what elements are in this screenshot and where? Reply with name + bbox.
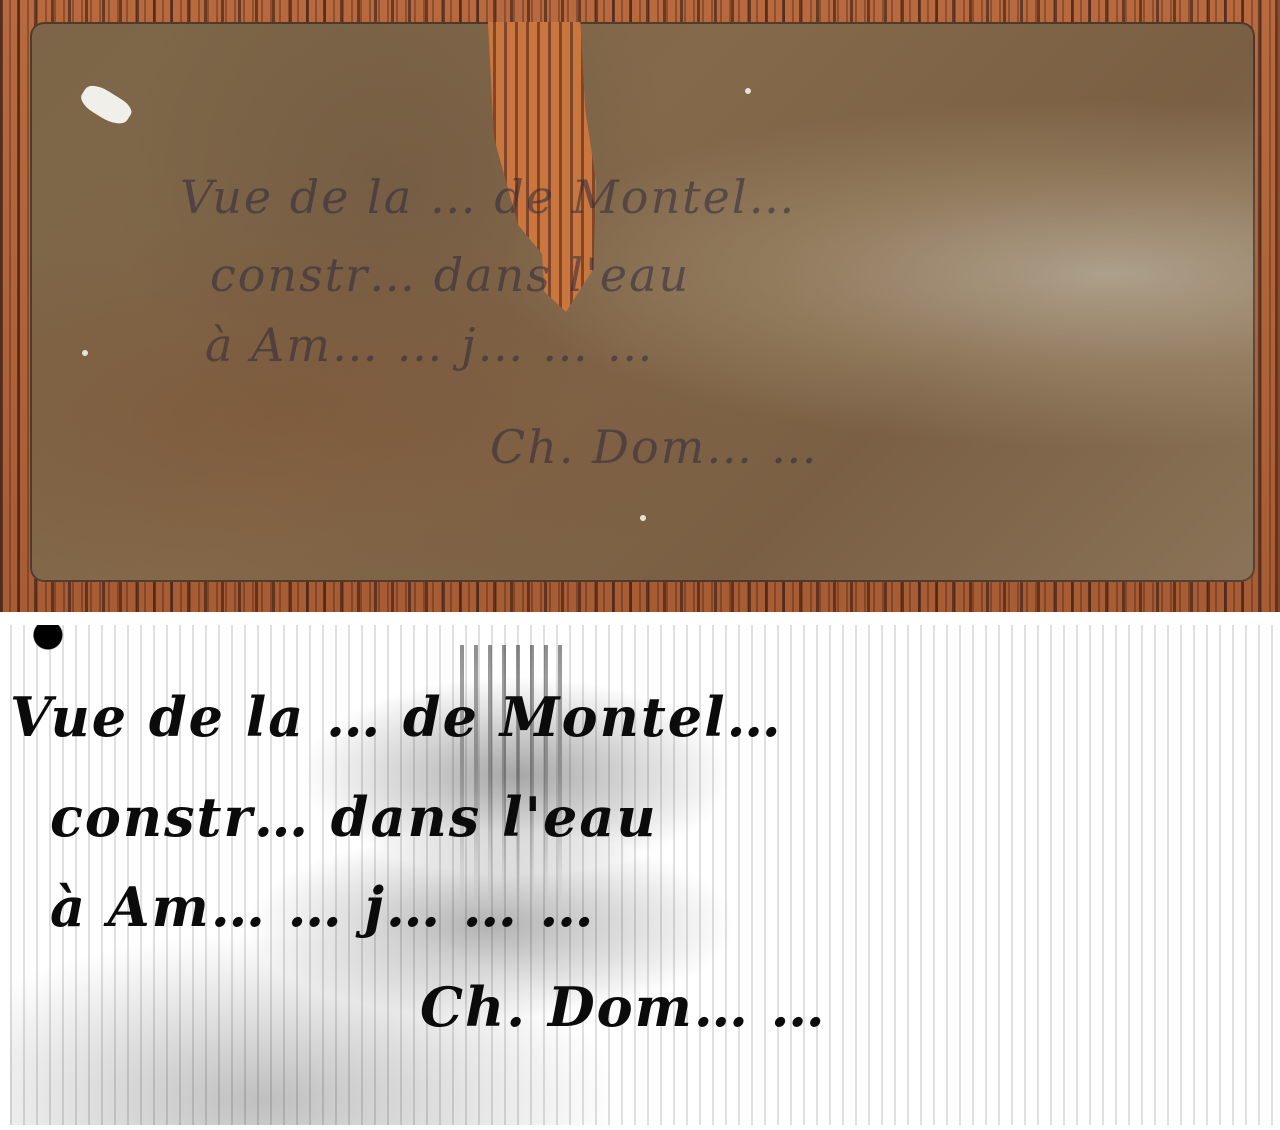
handwriting-line-2: constr… dans l'eau (210, 248, 690, 302)
label-enhanced: Vue de la … de Montel… constr… dans l'ea… (10, 625, 1275, 1125)
wood-grain-artifact (460, 645, 570, 905)
paper-label (30, 22, 1255, 582)
paper-speck (640, 515, 646, 521)
handwriting-line-1: Vue de la … de Montel… (180, 170, 797, 224)
paper-speck (82, 350, 88, 356)
enhanced-line-2: constr… dans l'eau (50, 785, 658, 849)
handwriting-line-3: à Am… … j… … … (205, 318, 655, 372)
enhanced-line-3: à Am… … j… … … (50, 875, 596, 939)
label-photo: Vue de la … de Montel… constr… dans l'ea… (0, 0, 1280, 612)
handwriting-line-4: Ch. Dom… … (490, 420, 819, 474)
enhanced-line-1: Vue de la … de Montel… (10, 685, 783, 749)
paper-speck (745, 88, 751, 94)
enhanced-line-4: Ch. Dom… … (420, 975, 827, 1039)
